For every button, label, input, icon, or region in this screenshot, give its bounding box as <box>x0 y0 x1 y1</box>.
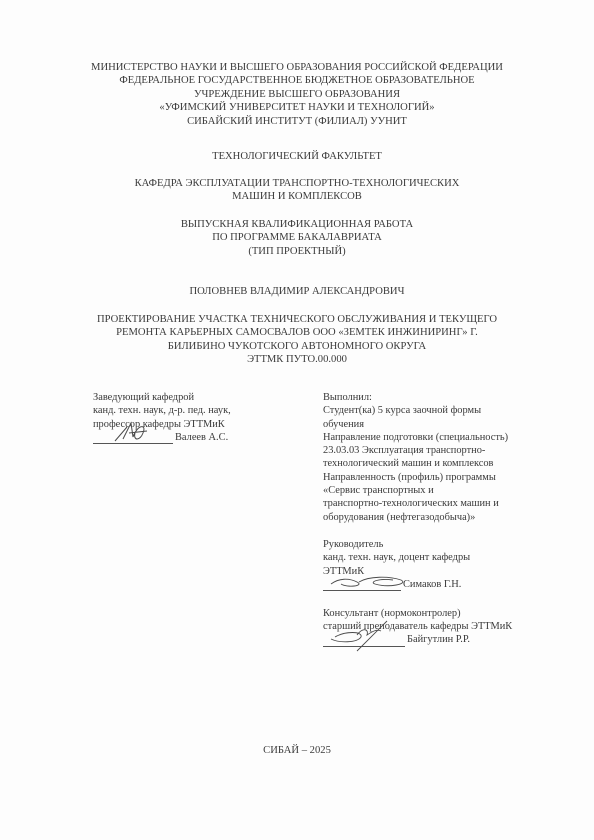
title-line: ПРОЕКТИРОВАНИЕ УЧАСТКА ТЕХНИЧЕСКОГО ОБСЛ… <box>60 313 534 326</box>
header-line: УЧРЕЖДЕНИЕ ВЫСШЕГО ОБРАЗОВАНИЯ <box>60 88 534 101</box>
header-line: СИБАЙСКИЙ ИНСТИТУТ (ФИЛИАЛ) УУНИТ <box>60 115 534 128</box>
hod-degree: канд. техн. наук, д-р. пед. наук, <box>93 404 293 417</box>
signatories-block: Выполнил: Студент(ка) 5 курса заочной фо… <box>323 391 553 648</box>
work-type-line: ПО ПРОГРАММЕ БАКАЛАВРИАТА <box>60 231 534 244</box>
supervisor-signature-row: Симаков Г.Н. <box>323 578 553 593</box>
performed-by-line: оборудования (нефтегазодобыча)» <box>323 511 553 524</box>
work-type: ВЫПУСКНАЯ КВАЛИФИКАЦИОННАЯ РАБОТА ПО ПРО… <box>60 218 534 258</box>
supervisor-name: Симаков Г.Н. <box>403 578 461 591</box>
city-year: СИБАЙ – 2025 <box>263 745 331 756</box>
work-type-line: ВЫПУСКНАЯ КВАЛИФИКАЦИОННАЯ РАБОТА <box>60 218 534 231</box>
document-code: ЭТТМК ПУТО.00.000 <box>60 353 534 366</box>
head-of-department-block: Заведующий кафедрой канд. техн. наук, д-… <box>93 391 293 446</box>
faculty: ТЕХНОЛОГИЧЕСКИЙ ФАКУЛЬТЕТ <box>60 150 534 163</box>
thesis-title: ПРОЕКТИРОВАНИЕ УЧАСТКА ТЕХНИЧЕСКОГО ОБСЛ… <box>60 313 534 367</box>
department: КАФЕДРА ЭКСПЛУАТАЦИИ ТРАНСПОРТНО-ТЕХНОЛО… <box>60 177 534 204</box>
department-line: МАШИН И КОМПЛЕКСОВ <box>60 190 534 203</box>
faculty-name: ТЕХНОЛОГИЧЕСКИЙ ФАКУЛЬТЕТ <box>60 150 534 163</box>
performed-by-line: транспортно-технологических машин и <box>323 497 553 510</box>
consultant-role: Консультант (нормоконтролер) <box>323 607 553 620</box>
performed-by-line: Выполнил: <box>323 391 553 404</box>
supervisor-department: ЭТТМиК <box>323 565 553 578</box>
performed-by-line: обучения <box>323 418 553 431</box>
hod-position: профессор кафедры ЭТТМиК <box>93 418 293 431</box>
consultant-signature-row: Байгутлин Р.Р. <box>323 633 553 648</box>
supervisor-role: Руководитель <box>323 538 553 551</box>
performed-by-line: 23.03.03 Эксплуатация транспортно- <box>323 444 553 457</box>
work-type-line: (ТИП ПРОЕКТНЫЙ) <box>60 245 534 258</box>
consultant-position: старший преподаватель кафедры ЭТТМиК <box>323 620 553 633</box>
supervisor-degree: канд. техн. наук, доцент кафедры <box>323 551 553 564</box>
title-page: МИНИСТЕРСТВО НАУКИ И ВЫСШЕГО ОБРАЗОВАНИЯ… <box>0 0 594 840</box>
hod-name: Валеев А.С. <box>175 431 228 444</box>
signature-line <box>323 578 401 591</box>
author-name: ПОЛОВНЕВ ВЛАДИМИР АЛЕКСАНДРОВИЧ <box>60 285 534 298</box>
performed-by-line: «Сервис транспортных и <box>323 484 553 497</box>
department-line: КАФЕДРА ЭКСПЛУАТАЦИИ ТРАНСПОРТНО-ТЕХНОЛО… <box>60 177 534 190</box>
consultant-name: Байгутлин Р.Р. <box>407 633 470 646</box>
footer: СИБАЙ – 2025 <box>0 745 594 756</box>
title-line: БИЛИБИНО ЧУКОТСКОГО АВТОНОМНОГО ОКРУГА <box>60 340 534 353</box>
author: ПОЛОВНЕВ ВЛАДИМИР АЛЕКСАНДРОВИЧ <box>60 285 534 298</box>
signature-line <box>93 431 173 444</box>
hod-role: Заведующий кафедрой <box>93 391 293 404</box>
performed-by-line: Студент(ка) 5 курса заочной формы <box>323 404 553 417</box>
performed-by-line: технологический машин и комплексов <box>323 457 553 470</box>
header-line: МИНИСТЕРСТВО НАУКИ И ВЫСШЕГО ОБРАЗОВАНИЯ… <box>60 61 534 74</box>
institution-header: МИНИСТЕРСТВО НАУКИ И ВЫСШЕГО ОБРАЗОВАНИЯ… <box>60 61 534 128</box>
signature-line <box>323 634 405 647</box>
performed-by-line: Направление подготовки (специальность) <box>323 431 553 444</box>
performed-by-line: Направленность (профиль) программы <box>323 471 553 484</box>
title-line: РЕМОНТА КАРЬЕРНЫХ САМОСВАЛОВ ООО «ЗЕМТЕК… <box>60 326 534 339</box>
header-line: ФЕДЕРАЛЬНОЕ ГОСУДАРСТВЕННОЕ БЮДЖЕТНОЕ ОБ… <box>60 74 534 87</box>
header-line: «УФИМСКИЙ УНИВЕРСИТЕТ НАУКИ И ТЕХНОЛОГИЙ… <box>60 101 534 114</box>
hod-signature-row: Валеев А.С. <box>93 431 293 446</box>
